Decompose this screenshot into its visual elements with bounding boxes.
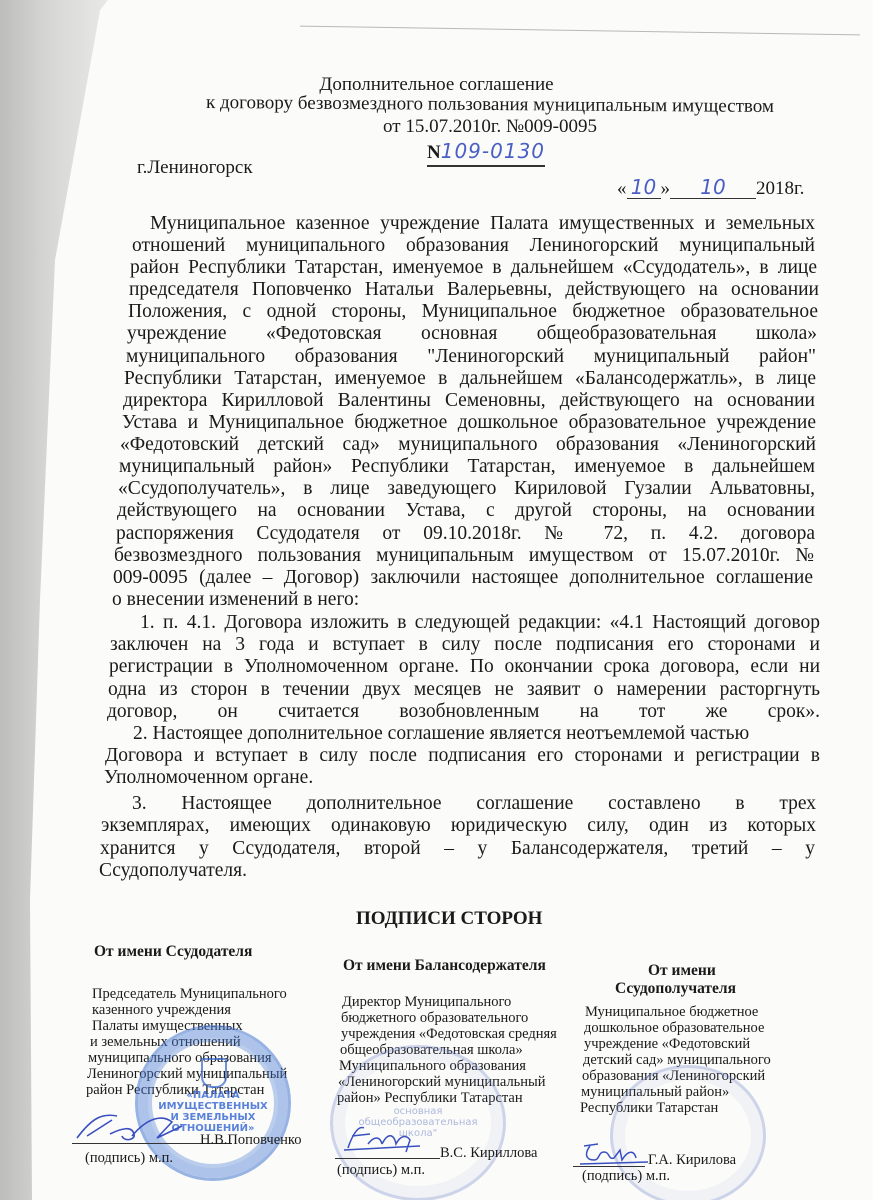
signatory-name: В.С. Кириллова [440, 1145, 537, 1162]
date-close-quote: » [661, 178, 671, 199]
preamble-line: распоряжения Ссудодателя от 09.10.2018г.… [116, 523, 815, 546]
preamble-line: учреждение «Федотовская основная общеобр… [127, 323, 817, 346]
sign-label: (подпись) м.п. [85, 1150, 173, 1167]
date-open-quote: « [617, 178, 627, 199]
signatory-name: Н.В.Поповченко [200, 1132, 301, 1149]
document-page: Дополнительное соглашение к договору без… [0, 0, 873, 1200]
number-prefix: N [427, 142, 441, 163]
clause-line: Уполномоченном органе. [104, 767, 819, 790]
stamp-text: основная [333, 1106, 503, 1117]
party-line: Муниципальное бюджетное [585, 1004, 758, 1021]
date-day: 10 [627, 176, 661, 199]
clause-line: 3. Настоящее дополнительное соглашение с… [132, 793, 816, 816]
title-line-3: от 15.07.2010г. №009-0095 [80, 116, 873, 138]
preamble-line: отношений муниципального образования Лен… [132, 235, 815, 258]
preamble-line: «Ссудополучатель», в лице заведующего Ки… [118, 478, 815, 501]
preamble-line: безвозмездного пользования муниципальным… [114, 545, 814, 568]
party-line: учреждения «Федотовская средняя [341, 1026, 557, 1043]
title-line-2: к договору безвозмездного пользования му… [80, 91, 873, 119]
preamble-line: Муниципальное казенное учреждение Палата… [150, 213, 815, 236]
document-date: «10»102018г. [617, 176, 804, 200]
date-month: 10 [670, 176, 756, 199]
signature-line [335, 1158, 440, 1159]
clause-line: хранится у Ссудодателя, второй – у Балан… [100, 838, 815, 861]
signature-lender [72, 1108, 202, 1148]
clause-line: одна из сторон в течении двух месяцев не… [108, 679, 820, 702]
party-line: Председатель Муниципального [92, 986, 287, 1003]
preamble-line: Устава и Муниципальное бюджетное дошколь… [122, 412, 816, 435]
preamble-line: действующего на основании Устава, с друг… [117, 500, 815, 523]
sign-label: (подпись) м.п. [337, 1162, 425, 1179]
document-number: N109-0130 [427, 140, 545, 167]
clause-line: договор, он считается возобновленным на … [107, 701, 820, 724]
party-heading-line-2: Ссудополучателя [615, 980, 736, 998]
party-line: Директор Муниципального [342, 994, 511, 1011]
party-line: учреждение «Федотовский [584, 1036, 750, 1053]
clause-line: Договора и вступает в силу после подписа… [105, 745, 820, 768]
clause-line: регистрации в Уполномоченном органе. По … [109, 656, 820, 679]
party-line: дошкольное образовательное [584, 1020, 764, 1037]
signature-line [573, 1166, 645, 1167]
preamble-line: район Республики Татарстан, именуемое в … [130, 257, 817, 280]
clause-line: 2. Настоящее дополнительное соглашение я… [133, 723, 813, 746]
signature-borrower [578, 1138, 658, 1168]
party-line: бюджетного образовательного [341, 1010, 528, 1027]
coat-of-arms-icon [201, 1058, 227, 1088]
preamble-line: председателя Поповченко Натальи Валерьев… [129, 279, 819, 302]
preamble-line: муниципальный район» Республики Татарста… [119, 456, 815, 479]
preamble-line: 009-0095 (далее – Договор) заключили нас… [113, 567, 813, 590]
signatory-name: Г.А. Кирилова [648, 1152, 736, 1169]
clause-line: экземплярах, имеющих одинаковую юридичес… [101, 815, 816, 838]
party-line: казенного учреждения [92, 1002, 231, 1019]
clause-line: Ссудополучателя. [99, 860, 814, 883]
number-handwritten: 109-0130 [441, 139, 545, 163]
preamble-line: о внесении изменений в него: [112, 589, 812, 612]
party-heading: От имени Балансодержателя [343, 957, 546, 975]
fold-crease [300, 26, 860, 36]
preamble-line: Положения, с одной стороны, Муниципально… [128, 301, 818, 324]
signature-holder [340, 1122, 430, 1154]
stamp-text: «ПАЛАТА [138, 1090, 288, 1101]
preamble-line: муниципального образования "Лениногорски… [126, 346, 816, 369]
clause-line: 1. п. 4.1. Договора изложить в следующей… [140, 612, 820, 635]
signatures-title: ПОДПИСИ СТОРОН [356, 908, 542, 930]
party-heading-line-1: От имени [648, 962, 716, 980]
preamble-line: Республики Татарстан, именуемое в дальне… [124, 368, 816, 391]
date-year: 2018г. [756, 178, 804, 199]
city: г.Лениногорск [137, 157, 253, 179]
preamble-line: «Федотовский детский сад» муниципального… [120, 434, 816, 457]
clause-line: заключен на 3 года и вступает в силу пос… [110, 634, 820, 657]
preamble-line: директора Кирилловой Валентины Семеновны… [123, 390, 815, 413]
sign-label: (подпись) м.п. [582, 1168, 670, 1185]
party-heading: От имени Ссудодателя [94, 943, 252, 961]
